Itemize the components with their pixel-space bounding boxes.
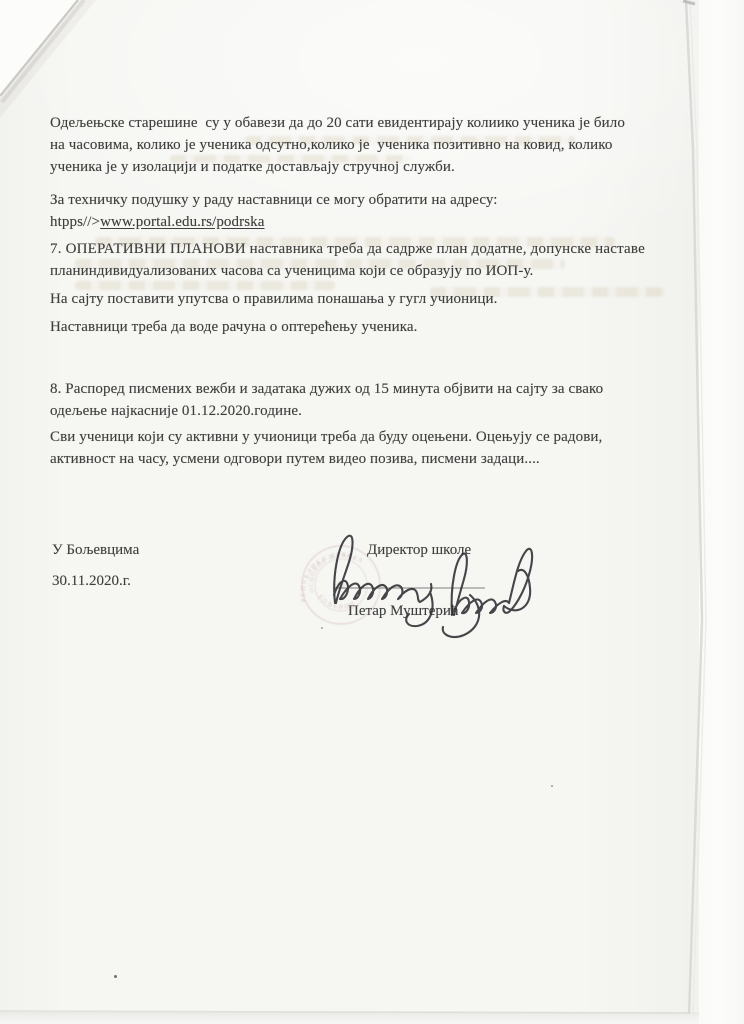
support-url-link[interactable]: www.portal.edu.rs/podrska — [100, 214, 264, 230]
text-line: 7. ОПЕРАТИВНИ ПЛАНОВИ наставника треба д… — [50, 238, 690, 260]
paragraph-operative-plans: 7. ОПЕРАТИВНИ ПЛАНОВИ наставника треба д… — [50, 238, 690, 282]
paper-bottom-edge-shadow — [0, 1012, 699, 1024]
signature-date: 30.11.2020.г. — [52, 571, 131, 591]
text-line: планиндивидуализованих часова са ученици… — [50, 260, 690, 282]
scan-speck — [114, 975, 117, 978]
paragraph-written-tests-schedule: 8. Распоред писмених вежби и задатака ду… — [50, 378, 690, 422]
paragraph-class-teachers: Одељењске старешине су у обавези да до 2… — [50, 112, 690, 178]
text-line: на часовима, колико је ученика одсутно,к… — [50, 134, 690, 156]
paragraph-site-instructions: На сајту поставити упутсва о правилима п… — [50, 288, 690, 310]
text-line: За техничку подушку у раду наставници се… — [50, 189, 690, 211]
paragraph-technical-support: За техничку подушку у раду наставници се… — [50, 189, 690, 233]
text-line: одељење најкасније 01.12.2020.године. — [50, 400, 690, 422]
paragraph-student-load: Наставници треба да воде рачуна о оптере… — [50, 316, 690, 338]
paragraph-grading: Сви ученици који су активни у учионици т… — [50, 426, 690, 470]
text-line: Сви ученици који су активни у учионици т… — [50, 426, 690, 448]
scanner-margin-strip — [700, 0, 744, 1024]
text-line: 8. Распоред писмених вежби и задатака ду… — [50, 378, 690, 400]
signature-place: У Бољевцима — [52, 540, 139, 560]
scanned-page: Одељењске старешине су у обавези да до 2… — [0, 0, 744, 1024]
text-line: На сајту поставити упутсва о правилима п… — [50, 288, 690, 310]
school-stamp-icon: РЕПУБЛИКА СРБИЈА ОСНОВНА ШКОЛА БОЉЕВЦИ — [300, 546, 380, 624]
text-line: Наставници треба да воде рачуна о оптере… — [50, 316, 690, 338]
text-line: активност на часу, усмени одговори путем… — [50, 448, 690, 470]
support-url-line: htpps//>www.portal.edu.rs/podrska — [50, 211, 690, 233]
scan-speck — [551, 785, 553, 787]
signature-and-stamp: РЕПУБЛИКА СРБИЈА ОСНОВНА ШКОЛА БОЉЕВЦИ — [280, 515, 550, 655]
text-line: ученика је у изолацији и податке достављ… — [50, 156, 690, 178]
url-prefix: htpps//> — [50, 214, 100, 230]
handwritten-signature — [334, 536, 532, 637]
text-line: Одељењске старешине су у обавези да до 2… — [50, 112, 690, 134]
scan-speck — [321, 627, 323, 629]
